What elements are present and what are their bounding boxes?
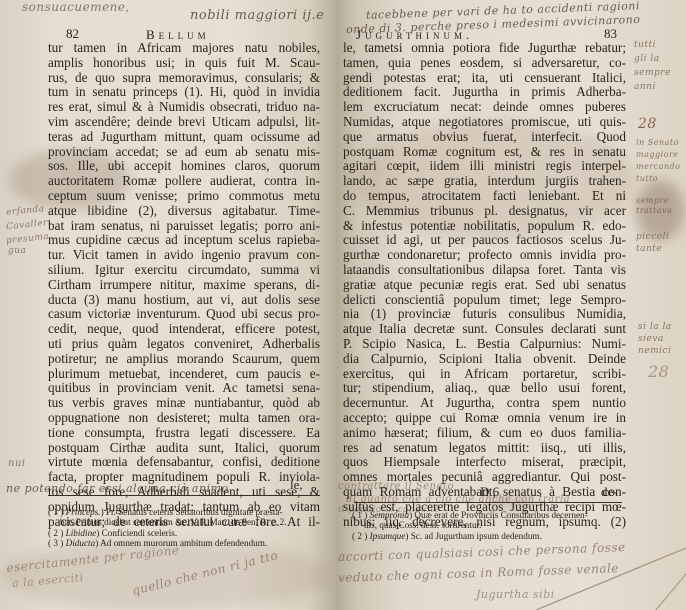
handwritten-note: tutto <box>636 174 658 183</box>
handwritten-note: tutti <box>634 40 656 50</box>
handwritten-note: sempre <box>634 68 671 78</box>
handwritten-note: mercando <box>636 162 680 171</box>
left-body-text: tur tamen in Africam majores natu nobile… <box>48 41 320 529</box>
text-line: tur; stipendium, aliaq., quæ bello usui … <box>343 381 626 396</box>
handwritten-note: sieva <box>638 334 664 344</box>
footnote: bat. Primus dicebat sententiam &c. V. P.… <box>48 517 328 527</box>
footnote-rule <box>48 495 320 496</box>
handwritten-note: gli la <box>634 54 660 64</box>
handwritten-note: a la eserciti <box>12 571 85 590</box>
handwritten-note: erfanda <box>6 204 46 218</box>
right-footnotes: ( 1 ) Sempronia) Quæ erat de Provinciis … <box>352 510 642 541</box>
text-line: virtute mœnia defensabantur, confisi, de… <box>48 455 320 470</box>
footnote: ( 1 ) Sempronia) Quæ erat de Provinciis … <box>352 510 642 520</box>
page-fold-line <box>536 540 686 610</box>
handwritten-note: trattava <box>636 206 672 215</box>
text-line: facta, propter magnitudinem populi R. in… <box>48 470 320 485</box>
text-line: gurthæ condonaretur; profecto omnis invi… <box>343 248 626 263</box>
text-line: gratiæ atque pecuniæ regis erat. Sed ubi… <box>343 278 626 293</box>
handwritten-note: piccoli <box>636 232 669 242</box>
text-line: vim ascendêre; deinde brevi Uticam adpul… <box>48 115 320 130</box>
text-line: ceptum suum venisse; primo commotus metu <box>48 189 320 204</box>
text-line: uti prius quàm legatos conveniret, Adher… <box>48 337 320 352</box>
text-line: que armatus obvius fuerat, interfecit. Q… <box>343 130 626 145</box>
text-line: animo hæserat; filium, & cum eo duos fam… <box>343 426 626 441</box>
text-line: C. Memmius tribunus pl. designatus, vir … <box>343 204 626 219</box>
handwritten-note: sonsuacuemene, <box>22 0 130 14</box>
text-line: Cirtham irrumpere nititur, maxime speran… <box>48 278 320 293</box>
text-line: cedit, neque, quod intenderat, efficere … <box>48 322 320 337</box>
text-line: tur tamen in Africam majores natu nobile… <box>48 41 320 56</box>
catchword: de- <box>601 484 618 500</box>
signature-mark: D 6 <box>480 484 499 500</box>
text-line: P. Scipio Nasica, L. Bestia Calpurnius: … <box>343 337 626 352</box>
text-line: tamen, quia penes eosdem, si adversaretu… <box>343 56 626 71</box>
text-line: atque Italia decretæ sunt. Consules decl… <box>343 322 626 337</box>
left-footnotes: ( 1 ) Princeps.) Pr. Senatus ceteris Sen… <box>48 507 328 548</box>
text-line: postquam Cirthæ audita sunt, Italici, qu… <box>48 441 320 456</box>
text-line: accepto; quippe cui Romæ omnia venum ire… <box>343 411 626 426</box>
text-line: rus, de quo supra memoravimus, consulari… <box>48 71 320 86</box>
footnote: ( 3 ) Diducta) Ad omnem murorum ambitum … <box>48 538 328 548</box>
text-line: lataandis consultationibus dilapsa foret… <box>343 263 626 278</box>
text-line: casum victoriæ inventurum. Quod ubi secu… <box>48 307 320 322</box>
book-spread: sonsuacuemene, nobili maggiori ij.e erfa… <box>0 0 686 610</box>
footnote: dis, quas Coss. dess. sortirentur. <box>352 520 642 530</box>
text-line: dia Calpurnio, Scipioni Italia obvenit. … <box>343 352 626 367</box>
handwritten-note: tante <box>636 244 662 254</box>
text-line: tione consumpta, frustra legati discesse… <box>48 426 320 441</box>
text-line: exercitus, qui in Africam portaretur, sc… <box>343 367 626 382</box>
text-line: Numidas, atque negotiatores promiscue, u… <box>343 115 626 130</box>
text-line: omnes mortales pecuniâ aggrediantur. Qui… <box>343 470 626 485</box>
handwritten-note: si la la <box>638 322 672 332</box>
text-line: res erat, simul & à Numidis obsecrati, t… <box>48 100 320 115</box>
text-line: amplis honoribus usi; in quis fuit M. Sc… <box>48 56 320 71</box>
handwritten-note: maggiore <box>636 150 679 159</box>
text-line: gendi potestas erat; ita, uti censuerant… <box>343 71 626 86</box>
handwritten-note: presuma <box>6 232 50 246</box>
text-line: quitibus in provinciam venit. Ac tametsi… <box>48 381 320 396</box>
text-line: deditionem facit. Jugurtha in primis Adh… <box>343 85 626 100</box>
text-line: postquam Romæ cognitum est, & res in sen… <box>343 145 626 160</box>
text-line: agitari cœpit, iidem illi ministri regis… <box>343 159 626 174</box>
text-line: teras ad Jugurtham mittunt, quam ocissum… <box>48 130 320 145</box>
text-line: cuisset id agi, ut per paucos factiosos … <box>343 233 626 248</box>
text-line: res ad senatum legatos mittit: iisq., ut… <box>343 441 626 456</box>
text-line: tur. Vicit tamen in avido ingenio pravum… <box>48 248 320 263</box>
text-line: auctoritatem Romæ pollere audierat, cont… <box>48 174 320 189</box>
handwritten-note: Cavalleri <box>6 218 52 233</box>
text-line: tum in senatu princeps (1). Hi, quòd in … <box>48 85 320 100</box>
text-line: lem excruciatum necat: deinde omnes pube… <box>343 100 626 115</box>
text-line: nia (1) provinciæ futuris consulibus Num… <box>343 307 626 322</box>
text-line: le, tametsi omnia potiora fide Jugurthæ … <box>343 41 626 56</box>
footnote-rule <box>354 502 622 503</box>
text-line: silium. Igitur exercitu circumdato, summ… <box>48 263 320 278</box>
text-line: quos Hiempsale interfecto miserat, præci… <box>343 455 626 470</box>
text-line: provinciam accedat; se ad eum ab senatu … <box>48 145 320 160</box>
handwritten-note: 28 <box>638 116 657 132</box>
text-line: do tempus, atrocitatem facti leniebant. … <box>343 189 626 204</box>
handwritten-note: in Senato <box>636 138 679 147</box>
text-line: bat iram senatus, ni paruisset legatis; … <box>48 219 320 234</box>
handwritten-note: nemici <box>638 346 671 356</box>
text-line: tos sese fore, Adherbali suadent, uti se… <box>48 485 320 500</box>
handwritten-note: gua <box>8 246 26 256</box>
text-line: mus cupidine cæcus ad inceptum scelus ra… <box>48 233 320 248</box>
footnote: ( 1 ) Princeps.) Pr. Senatus ceteris Sen… <box>48 507 328 517</box>
text-line: delicti conscientiâ populum timet; lege … <box>343 293 626 308</box>
text-line: & infestus potentiæ nobilitatis, populum… <box>343 219 626 234</box>
text-line: lando, ac sæpe gratia, interdum jurgiis … <box>343 174 626 189</box>
handwritten-note: nui <box>8 458 26 469</box>
handwritten-note: sempre <box>636 196 669 205</box>
text-line: tus verbis graves minæ nuntiabantur, quò… <box>48 396 320 411</box>
right-body-text: le, tametsi omnia potiora fide Jugurthæ … <box>343 41 626 529</box>
footnote: ( 2 ) Libidine) Conficiendi sceleris. <box>48 528 328 538</box>
handwritten-note: 28 <box>648 362 669 381</box>
catchword: le, <box>290 477 303 493</box>
text-line: decernuntur. At Jugurtha, contra spem nu… <box>343 396 626 411</box>
text-line: potiretur; ne amplius morando Scaurum, q… <box>48 352 320 367</box>
text-line: atque libidine (2), diversus agitabatur.… <box>48 204 320 219</box>
text-line: plurimum metuebat, incenderet, cum pauci… <box>48 367 320 382</box>
right-page: tacebbene per vari de ha to accidenti ra… <box>336 0 686 610</box>
handwritten-note: nobili maggiori ij.e <box>190 8 324 23</box>
footnote: ( 2 ) Ipsumque) Sc. ad Jugurtham ipsum d… <box>352 531 642 541</box>
text-line: sos. Ille, ubi accepit homines claros, q… <box>48 159 320 174</box>
text-line: oppugnatione non desisteret; multa tamen… <box>48 411 320 426</box>
handwritten-note: anni <box>634 82 656 92</box>
text-line: ducta (3) manu hostium, aut vi, aut doli… <box>48 293 320 308</box>
left-page: sonsuacuemene, nobili maggiori ij.e erfa… <box>0 0 336 610</box>
